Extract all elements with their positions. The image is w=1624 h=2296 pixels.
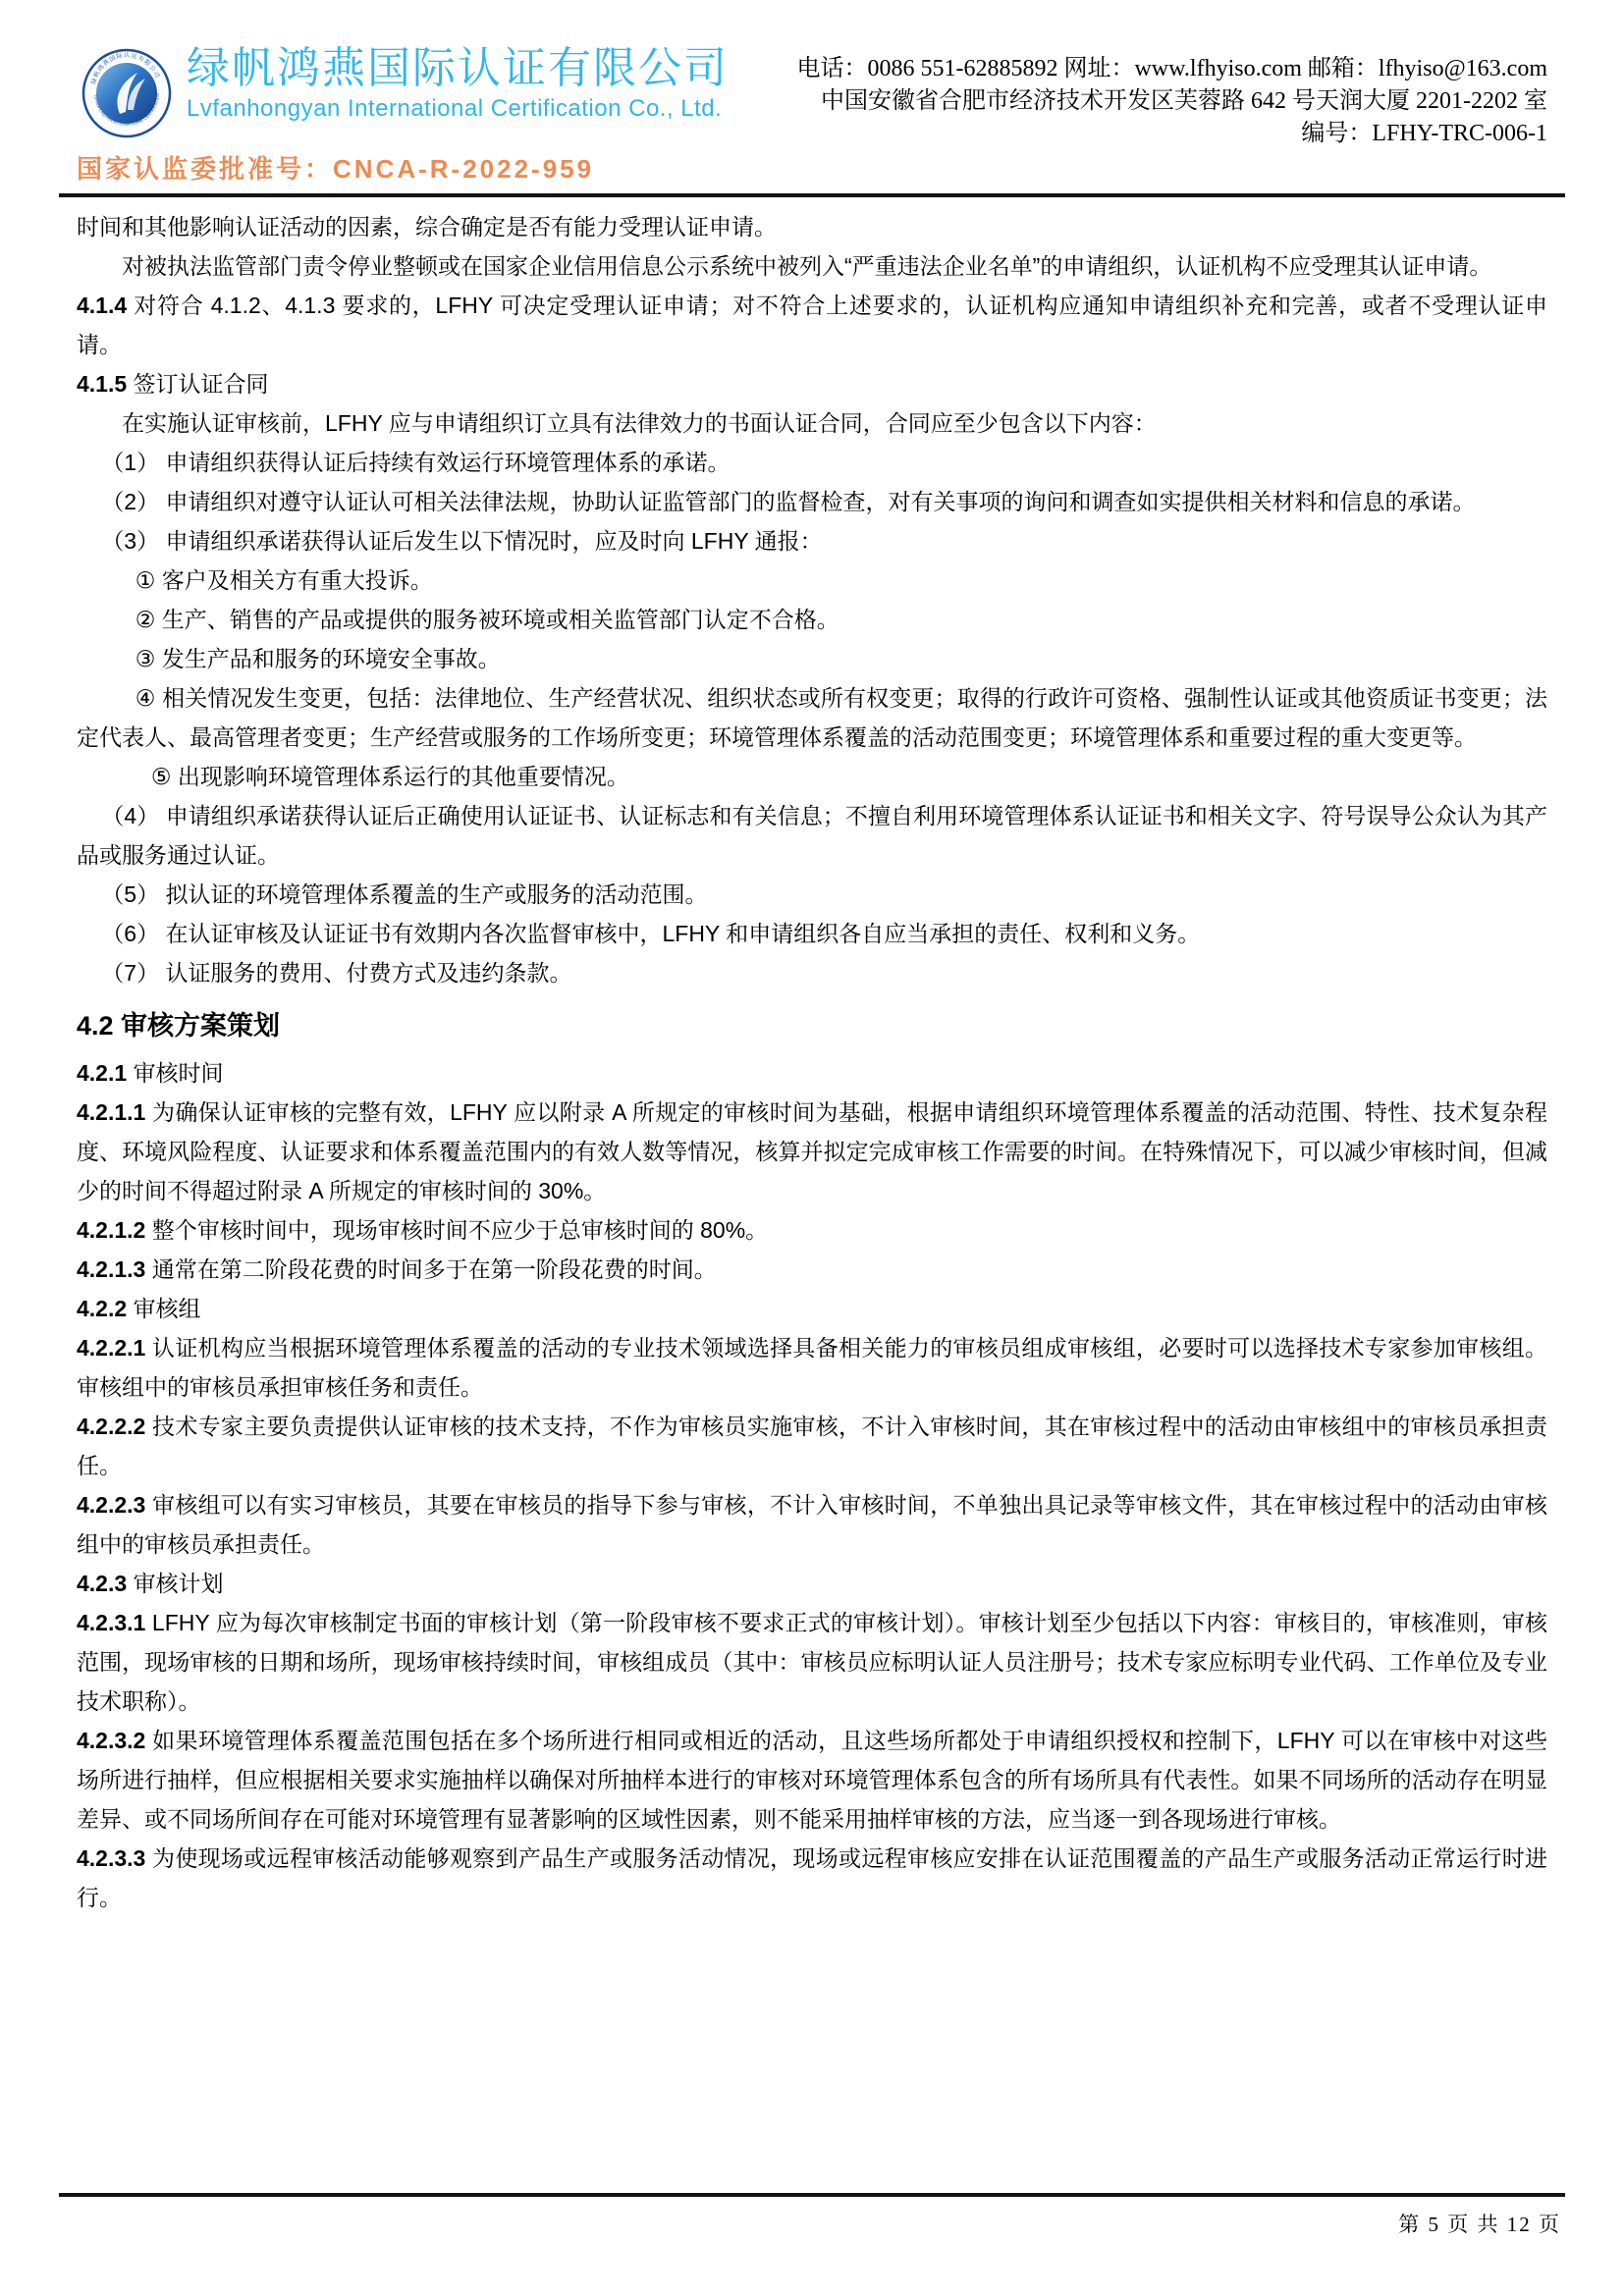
paragraph: （5） 拟认证的环境管理体系覆盖的生产或服务的活动范围。: [77, 875, 1547, 914]
paragraph: 4.1.4 对符合 4.1.2、4.1.3 要求的，LFHY 可决定受理认证申请…: [77, 286, 1547, 364]
paragraph: （1） 申请组织获得认证后持续有效运行环境管理体系的承诺。: [77, 443, 1547, 482]
section-number: 4.2.2.1: [77, 1335, 152, 1361]
brand-row: 绿帆鸿燕国际认证有限公司 LVFANHONGYAN INTERNATIONAL …: [77, 43, 729, 143]
company-name-en: Lvfanhongyan International Certification…: [187, 94, 729, 124]
paragraph: ⑤ 出现影响环境管理体系运行的其他重要情况。: [77, 757, 1547, 796]
company-logo-icon: 绿帆鸿燕国际认证有限公司 LVFANHONGYAN INTERNATIONAL …: [77, 43, 177, 143]
paragraph: ① 客户及相关方有重大投诉。: [77, 561, 1547, 600]
section-number: 4.2.2.2: [77, 1414, 152, 1439]
paragraph: ④ 相关情况发生变更，包括：法律地位、生产经营状况、组织状态或所有权变更；取得的…: [77, 678, 1547, 757]
paragraph: （2） 申请组织对遵守认证认可相关法律法规，协助认证监管部门的监督检查，对有关事…: [77, 482, 1547, 521]
paragraph: 4.2.3.3 为使现场或远程审核活动能够观察到产品生产或服务活动情况，现场或远…: [77, 1839, 1547, 1917]
body-content: 时间和其他影响认证活动的因素，综合确定是否有能力受理认证申请。对被执法监管部门责…: [0, 197, 1624, 1917]
paragraph: ③ 发生产品和服务的环境安全事故。: [77, 639, 1547, 678]
section-number: 4.2.1.3: [77, 1256, 152, 1282]
paragraph: 4.2.3 审核计划: [77, 1564, 1547, 1603]
approval-number: 国家认监委批准号：CNCA-R-2022-959: [77, 149, 729, 186]
document-footer: 第 5 页 共 12 页: [59, 2193, 1565, 2238]
section-number: 4.2.3.1: [77, 1610, 152, 1635]
paragraph: 4.2.2.2 技术专家主要负责提供认证审核的技术支持，不作为审核员实施审核，不…: [77, 1407, 1547, 1485]
document-header: 绿帆鸿燕国际认证有限公司 LVFANHONGYAN INTERNATIONAL …: [0, 0, 1624, 186]
section-number: 4.2.3: [77, 1571, 134, 1596]
paragraph: 4.2 审核方案策划: [77, 992, 1547, 1053]
paragraph: 4.2.1.3 通常在第二阶段花费的时间多于在第一阶段花费的时间。: [77, 1250, 1547, 1289]
paragraph: （6） 在认证审核及认证证书有效期内各次监督审核中，LFHY 和申请组织各自应当…: [77, 914, 1547, 953]
header-contact-block: 电话：0086 551-62885892 网址：www.lfhyiso.com …: [796, 53, 1547, 150]
company-names: 绿帆鸿燕国际认证有限公司 Lvfanhongyan International …: [187, 43, 729, 124]
section-number: 4.2: [77, 1011, 121, 1041]
footer-divider: [59, 2193, 1565, 2197]
paragraph: 时间和其他影响认证活动的因素，综合确定是否有能力受理认证申请。: [77, 207, 1547, 246]
paragraph: 4.2.1.2 整个审核时间中，现场审核时间不应少于总审核时间的 80%。: [77, 1210, 1547, 1250]
contact-line: 电话：0086 551-62885892 网址：www.lfhyiso.com …: [796, 53, 1547, 85]
paragraph: 对被执法监管部门责令停业整顿或在国家企业信用信息公示系统中被列入“严重违法企业名…: [77, 246, 1547, 286]
paragraph: 4.2.1.1 为确保认证审核的完整有效，LFHY 应以附录 A 所规定的审核时…: [77, 1093, 1547, 1210]
paragraph: 4.2.2.3 审核组可以有实习审核员，其要在审核员的指导下参与审核，不计入审核…: [77, 1485, 1547, 1564]
section-number: 4.1.5: [77, 371, 134, 397]
paragraph: 4.2.3.1 LFHY 应为每次审核制定书面的审核计划（第一阶段审核不要求正式…: [77, 1603, 1547, 1721]
paragraph: 4.2.2 审核组: [77, 1289, 1547, 1328]
paragraph: 4.2.2.1 认证机构应当根据环境管理体系覆盖的活动的专业技术领域选择具备相关…: [77, 1328, 1547, 1407]
paragraph: 4.2.3.2 如果环境管理体系覆盖范围包括在多个场所进行相同或相近的活动，且这…: [77, 1721, 1547, 1839]
section-number: 4.2.2.3: [77, 1492, 152, 1518]
section-number: 4.2.2: [77, 1296, 134, 1321]
document-page: 绿帆鸿燕国际认证有限公司 LVFANHONGYAN INTERNATIONAL …: [0, 0, 1624, 2296]
paragraph: 4.1.5 签订认证合同: [77, 364, 1547, 403]
page-number: 第 5 页 共 12 页: [59, 2209, 1565, 2238]
section-number: 4.2.1.1: [77, 1099, 152, 1125]
address-line: 中国安徽省合肥市经济技术开发区芙蓉路 642 号天润大厦 2201-2202 室: [796, 85, 1547, 118]
company-name-cn: 绿帆鸿燕国际认证有限公司: [187, 43, 729, 94]
paragraph: （7） 认证服务的费用、付费方式及违约条款。: [77, 953, 1547, 992]
section-number: 4.2.3.2: [77, 1728, 152, 1753]
section-number: 4.2.3.3: [77, 1845, 152, 1871]
doc-number: 编号：LFHY-TRC-006-1: [796, 118, 1547, 150]
paragraph: 4.2.1 审核时间: [77, 1053, 1547, 1093]
section-number: 4.2.1: [77, 1060, 134, 1086]
header-brand-block: 绿帆鸿燕国际认证有限公司 LVFANHONGYAN INTERNATIONAL …: [77, 43, 729, 186]
section-number: 4.1.4: [77, 293, 134, 318]
paragraph: （4） 申请组织承诺获得认证后正确使用认证证书、认证标志和有关信息；不擅自利用环…: [77, 796, 1547, 875]
paragraph: （3） 申请组织承诺获得认证后发生以下情况时，应及时向 LFHY 通报：: [77, 521, 1547, 561]
section-number: 4.2.1.2: [77, 1217, 152, 1243]
paragraph: 在实施认证审核前，LFHY 应与申请组织订立具有法律效力的书面认证合同，合同应至…: [77, 403, 1547, 443]
paragraph: ② 生产、销售的产品或提供的服务被环境或相关监管部门认定不合格。: [77, 600, 1547, 639]
